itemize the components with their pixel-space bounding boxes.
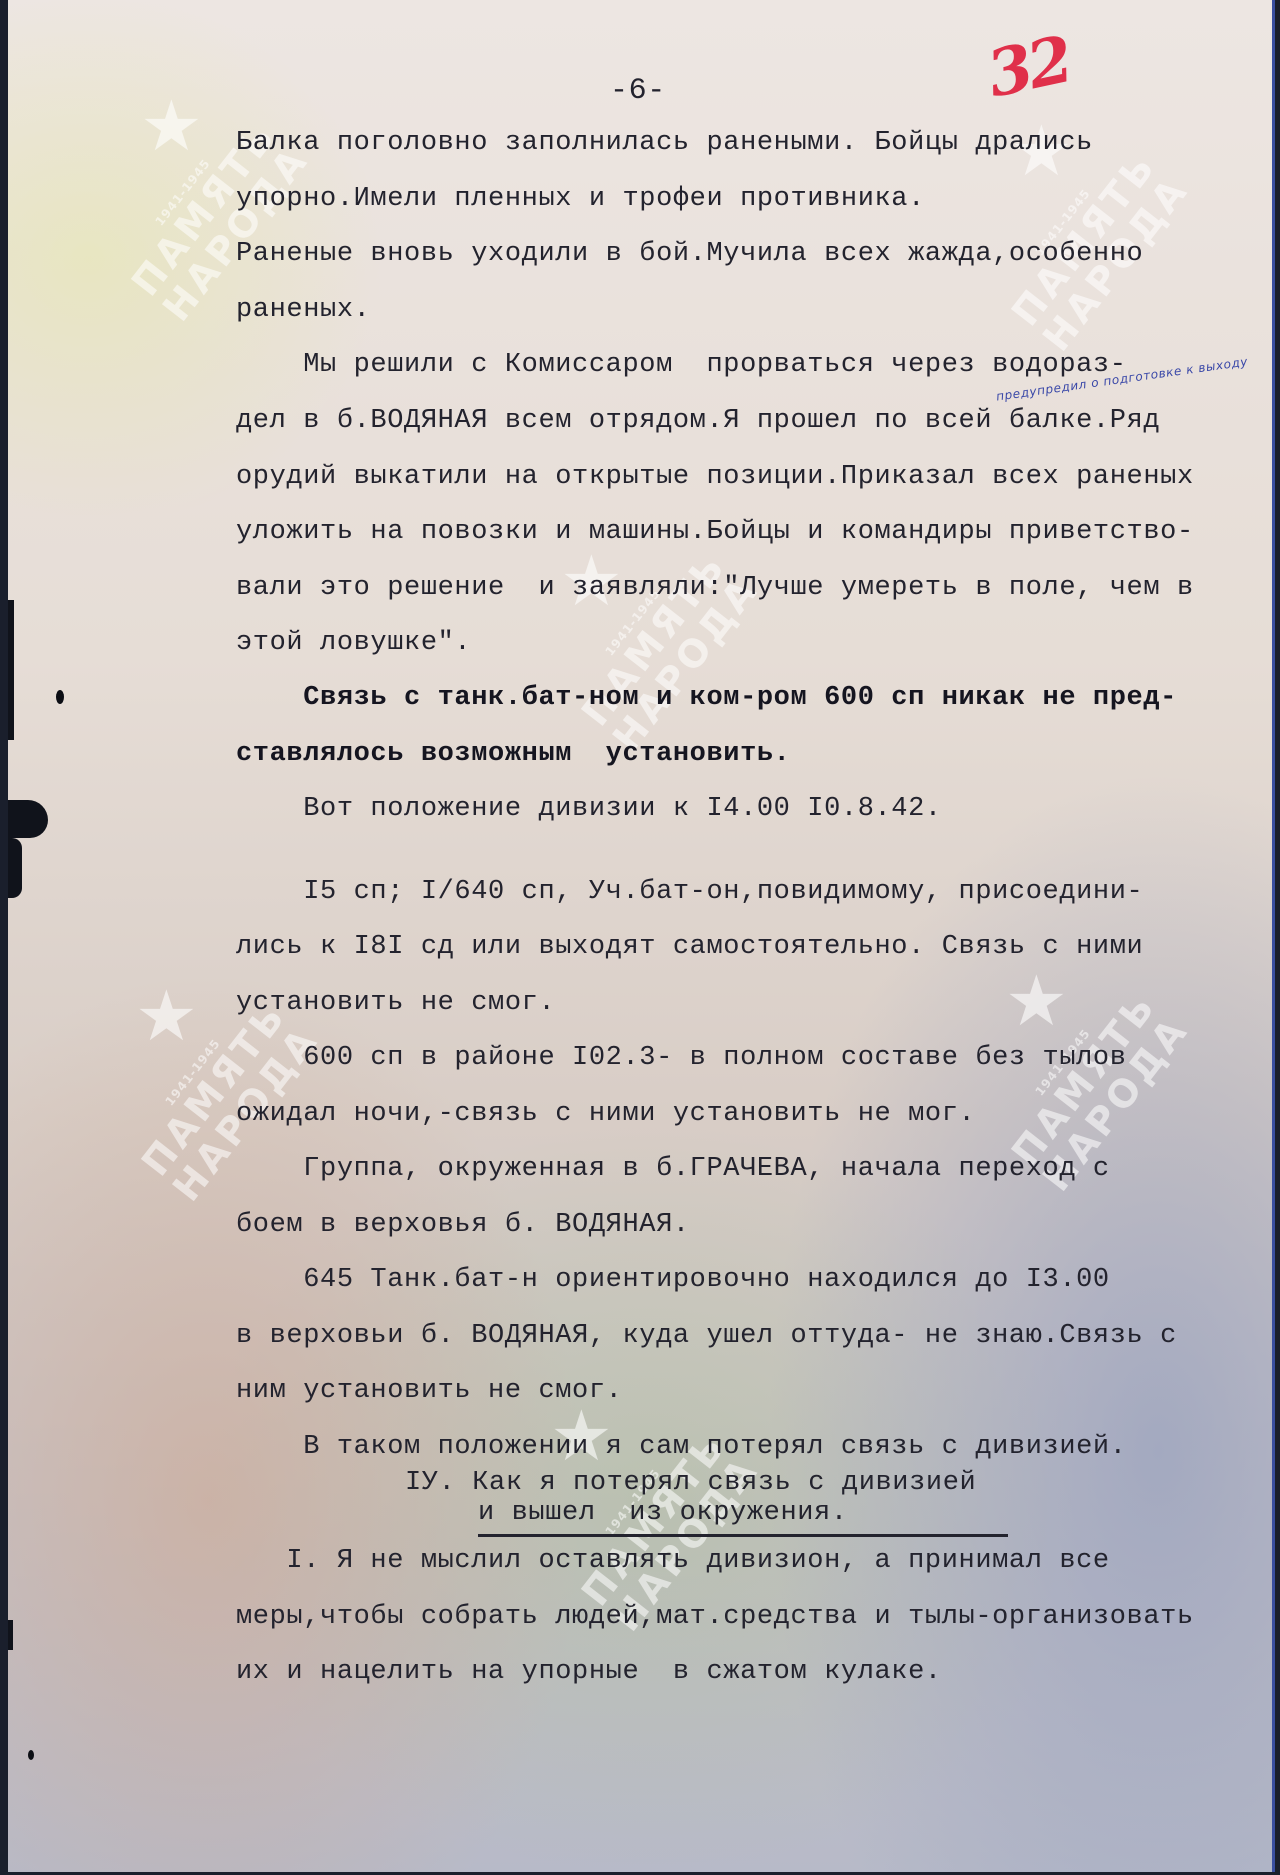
text-line: Мы решили с Комиссаром прорваться через … [236,350,1127,380]
text-line: орудий выкатили на открытые позиции.Прик… [236,462,1194,492]
text-line: Балка поголовно заполнилась ранеными. Бо… [236,128,1093,158]
text-line: Вот положение дивизии к I4.00 I0.8.42. [236,794,942,824]
text-line: дел в б.ВОДЯНАЯ всем отрядом.Я прошел по… [236,406,1160,436]
typed-document: -6- 32 предупредил о подготовке к выходу… [0,0,1280,1875]
text-line: ним установить не смог. [236,1376,622,1406]
text-line: лись к I8I сд или выходят самостоятельно… [236,932,1143,962]
text-line: уложить на повозки и машины.Бойцы и кома… [236,517,1194,547]
text-line: меры,чтобы собрать людей,мат.средства и … [236,1602,1194,1632]
section-number: IУ. [405,1468,455,1498]
text-line: I. Я не мыслил оставлять дивизион, а при… [236,1546,1110,1576]
text-line: вали это решение и заявляли:"Лучше умере… [236,573,1194,603]
text-line: раненых. [236,295,370,325]
folio-number: 32 [981,22,1076,112]
page-number: -6- [610,74,666,108]
heading-underline [478,1534,1008,1537]
text-line: Раненые вновь уходили в бой.Мучила всех … [236,239,1143,269]
text-line: Группа, окруженная в б.ГРАЧЕВА, начала п… [236,1154,1110,1184]
text-line: В таком положении я сам потерял связь с … [236,1432,1127,1462]
text-line: этой ловушке". [236,628,471,658]
text-line: 600 сп в районе I02.3- в полном составе … [236,1043,1127,1073]
section-title-line1: Как я потерял связь с дивизией [472,1468,976,1498]
text-line: 645 Танк.бат-н ориентировочно находился … [236,1265,1110,1295]
text-line: ставлялось возможным установить. [236,739,791,769]
text-line: упорно.Имели пленных и трофеи противника… [236,184,925,214]
text-line: боем в верховья б. ВОДЯНАЯ. [236,1210,690,1240]
text-line: их и нацелить на упорные в сжатом кулаке… [236,1657,942,1687]
section-heading-line2: и вышел из окружения. [405,1498,976,1528]
text-line: Связь с танк.бат-ном и ком-ром 600 сп ни… [236,683,1177,713]
text-line: I5 сп; I/640 сп, Уч.бат-он,повидимому, п… [236,877,1143,907]
text-line: в верховьи б. ВОДЯНАЯ, куда ушел оттуда-… [236,1321,1177,1351]
section-heading: IУ. Как я потерял связь с дивизией и выш… [405,1468,976,1528]
text-line: установить не смог. [236,988,555,1018]
section-heading-line1: IУ. Как я потерял связь с дивизией [405,1468,976,1498]
text-line: ожидал ночи,-связь с ними установить не … [236,1099,975,1129]
